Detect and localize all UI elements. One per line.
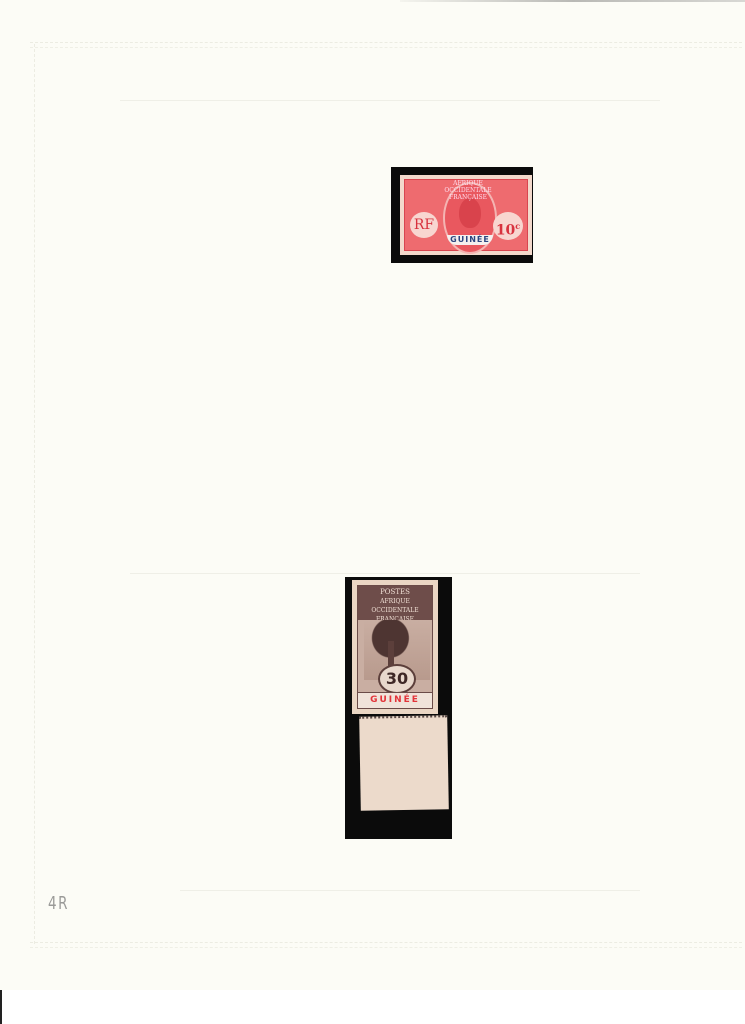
pencil-annotation: 4R (48, 893, 69, 914)
stamp-30c-value: 30 (378, 664, 416, 694)
stamp-10c[interactable]: AFRIQUE OCCIDENTALE FRANÇAISE RF 10c GUI… (400, 175, 532, 255)
stamp-10c-value: 10c (493, 212, 523, 240)
stamp-30c-selvage (359, 715, 449, 811)
frame-line-top (120, 100, 660, 101)
scan-edge-mark (0, 990, 2, 1024)
stamp-10c-issuer: AFRIQUE OCCIDENTALE FRANÇAISE (435, 180, 501, 201)
stamp-30c-design: POSTES AFRIQUE OCCIDENTALE FRANÇAISE 30 … (357, 585, 433, 709)
value-suffix: c (515, 221, 520, 231)
frame-line-middle (130, 573, 640, 574)
stamp-30c-postes: POSTES (358, 588, 432, 597)
page-border-left (34, 44, 39, 944)
stamp-10c-rf-label: RF (410, 212, 438, 238)
value-number: 10 (496, 223, 515, 239)
stamp-30c[interactable]: POSTES AFRIQUE OCCIDENTALE FRANÇAISE 30 … (352, 580, 438, 714)
portrait-icon (459, 198, 481, 228)
album-page: AFRIQUE OCCIDENTALE FRANÇAISE RF 10c GUI… (0, 0, 745, 990)
stamp-10c-design: AFRIQUE OCCIDENTALE FRANÇAISE RF 10c GUI… (404, 179, 528, 251)
stamp-30c-country: GUINÉE (358, 692, 432, 708)
page-border-bottom (30, 942, 742, 948)
frame-line-bottom (180, 890, 640, 891)
stamp-30c-header: POSTES AFRIQUE OCCIDENTALE FRANÇAISE (358, 586, 432, 620)
scan-edge-line (400, 0, 745, 2)
stamp-10c-country: GUINÉE (447, 235, 493, 245)
page-border-top (30, 42, 742, 48)
